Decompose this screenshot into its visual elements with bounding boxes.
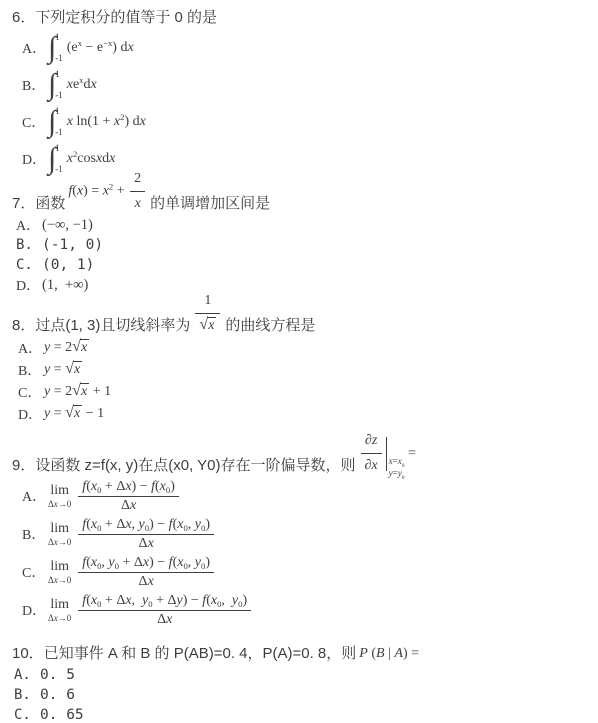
option-formula: y = 2√x bbox=[44, 339, 89, 356]
question-6: 6．下列定积分的值等于 0 的是 A．∫1-1(ex − e−x) dx B．∫… bbox=[12, 7, 594, 177]
question-text: 的曲线方程是 bbox=[225, 315, 315, 337]
math-token: x bbox=[73, 361, 82, 378]
math-token: , bbox=[188, 555, 195, 570]
math-token: lim bbox=[50, 560, 69, 574]
math-token: →0 bbox=[58, 613, 72, 623]
limit-subscript: Δx→0 bbox=[48, 614, 71, 623]
math-token: f(x0 + Δx, y0) − f(x0, y0) bbox=[78, 517, 214, 534]
integral-bounds: 1-1 bbox=[55, 33, 63, 63]
math-token: + Δ bbox=[101, 593, 125, 608]
option-formula: y = 2√x + 1 bbox=[44, 383, 111, 400]
question-10-option-b: B.0. 6 bbox=[14, 685, 594, 705]
limit: limΔx→0 bbox=[48, 598, 71, 623]
math-token: d bbox=[84, 77, 91, 92]
math-token: P bbox=[359, 646, 368, 661]
fraction: 2x bbox=[130, 168, 145, 215]
math-token: f(x0 + Δx, y0 + Δy) − f(x0, y0) bbox=[78, 593, 251, 610]
option-label: D． bbox=[22, 149, 48, 169]
math-token: x bbox=[80, 383, 89, 400]
evaluation-conditions: x=x0y=y0 bbox=[389, 455, 405, 479]
option-label: D． bbox=[18, 404, 44, 424]
math-token: 0 bbox=[402, 475, 405, 481]
option-label: B． bbox=[18, 360, 44, 380]
math-token: √x bbox=[195, 313, 220, 337]
math-token: + Δ bbox=[153, 593, 177, 608]
stem-formula: f(x) = x2 + 2x bbox=[68, 168, 147, 215]
math-token: + Δ bbox=[101, 517, 125, 532]
math-token: lim bbox=[50, 484, 69, 498]
math-token: ) = bbox=[83, 184, 103, 199]
math-token: x bbox=[371, 458, 377, 473]
option-text: 0. 65 bbox=[40, 707, 84, 723]
math-token: = 2 bbox=[50, 384, 72, 399]
question-7-option-d: D．(1, +∞) bbox=[16, 275, 594, 295]
question-text: 设函数 z=f(x, y)在点(x0, Y0)存在一阶偏导数，则 bbox=[35, 455, 355, 477]
option-label: C． bbox=[22, 112, 48, 132]
option-formula: ∫1-1(ex − e−x) dx bbox=[48, 33, 134, 63]
option-label: A． bbox=[18, 338, 44, 358]
math-token: + Δ bbox=[119, 555, 143, 570]
math-token: (e bbox=[67, 40, 78, 55]
math-token: →0 bbox=[58, 499, 72, 509]
exam-page: 6．下列定积分的值等于 0 的是 A．∫1-1(ex − e−x) dx B．∫… bbox=[0, 0, 598, 723]
math-token: | bbox=[385, 646, 395, 661]
math-token: ) bbox=[242, 593, 247, 608]
math-token: 2 bbox=[134, 171, 141, 186]
option-label: B． bbox=[22, 524, 48, 544]
math-token: →0 bbox=[58, 575, 72, 585]
math-token: x bbox=[127, 40, 133, 55]
option-label: A． bbox=[22, 38, 48, 58]
math-token: lim bbox=[50, 522, 69, 536]
option-label: B. bbox=[14, 687, 40, 703]
math-token: ∂z bbox=[361, 430, 382, 453]
limit-subscript: Δx→0 bbox=[48, 576, 71, 585]
math-token: ) − bbox=[183, 593, 203, 608]
math-token: Δx bbox=[78, 496, 179, 514]
question-text: 函数 bbox=[35, 193, 65, 215]
math-token: 2 bbox=[130, 168, 145, 191]
math-token: Δ bbox=[139, 536, 148, 551]
math-token: ln(1 + bbox=[73, 114, 114, 129]
option-formula: limΔx→0f(x0, y0 + Δx) − f(x0, y0)Δx bbox=[48, 555, 216, 590]
math-token: x bbox=[130, 191, 145, 215]
math-token: ) − bbox=[149, 517, 169, 532]
question-7-option-c: C.(0, 1) bbox=[16, 255, 594, 275]
option-formula: limΔx→0f(x0 + Δx, y0 + Δy) − f(x0, y0)Δx bbox=[48, 593, 253, 628]
math-token: x bbox=[135, 196, 141, 211]
question-text: 已知事件 A 和 B 的 P(AB)=0. 4，P(A)=0. 8，则 bbox=[44, 643, 357, 665]
option-label: D． bbox=[22, 600, 48, 620]
limit: limΔx→0 bbox=[48, 484, 71, 509]
math-token: ) bbox=[205, 555, 210, 570]
math-token: x bbox=[208, 318, 214, 333]
math-token: 1 bbox=[55, 144, 63, 153]
math-token: x bbox=[81, 340, 87, 355]
option-label: A． bbox=[22, 486, 48, 506]
math-token: = bbox=[50, 362, 65, 377]
option-label: C． bbox=[18, 382, 44, 402]
math-token: = bbox=[50, 406, 65, 421]
question-9-option-a: A．limΔx→0f(x0 + Δx) − f(x0)Δx bbox=[22, 477, 594, 515]
math-token: x bbox=[148, 536, 154, 551]
math-token: x=x0 bbox=[389, 455, 405, 467]
question-number: 7． bbox=[12, 193, 35, 215]
math-token: ) − bbox=[149, 555, 169, 570]
option-label: C. bbox=[14, 707, 40, 723]
limit-subscript: Δx→0 bbox=[48, 500, 71, 509]
question-number: 8． bbox=[12, 315, 35, 337]
integral-bounds: 1-1 bbox=[55, 107, 63, 137]
math-token: − e bbox=[82, 40, 103, 55]
question-text: 的单调增加区间是 bbox=[150, 193, 270, 215]
math-token: -1 bbox=[55, 91, 63, 100]
question-9-option-d: D．limΔx→0f(x0 + Δx, y0 + Δy) − f(x0, y0)… bbox=[22, 591, 594, 629]
question-9-option-c: C．limΔx→0f(x0, y0 + Δx) − f(x0, y0)Δx bbox=[22, 553, 594, 591]
math-token: lim bbox=[50, 598, 69, 612]
stem-formula: 1√x bbox=[193, 290, 222, 337]
math-token: −x bbox=[103, 38, 112, 48]
question-number: 10． bbox=[12, 643, 44, 665]
question-6-option-c: C．∫1-1x ln(1 + x2) dx bbox=[22, 103, 594, 140]
fraction: f(x0, y0 + Δx) − f(x0, y0)Δx bbox=[78, 555, 214, 590]
fraction: ∂z∂x bbox=[361, 430, 382, 477]
math-token: , bbox=[221, 593, 232, 608]
option-label: A． bbox=[16, 215, 42, 235]
math-token: = 2 bbox=[50, 340, 72, 355]
math-token: x bbox=[81, 384, 87, 399]
option-label: C． bbox=[22, 562, 48, 582]
square-root: √x bbox=[199, 317, 216, 334]
math-token: , bbox=[188, 517, 195, 532]
square-root: √x bbox=[72, 383, 89, 400]
limit-subscript: Δx→0 bbox=[48, 538, 71, 547]
math-token: , bbox=[132, 517, 139, 532]
fraction: f(x0 + Δx, y0 + Δy) − f(x0, y0)Δx bbox=[78, 593, 251, 628]
question-8-stem: 8．过点(1, 3)且切线斜率为1√x的曲线方程是 bbox=[12, 297, 594, 337]
math-token: 1 bbox=[55, 107, 63, 116]
option-label: C. bbox=[16, 257, 42, 273]
option-label: B. bbox=[16, 237, 42, 253]
math-token: Δ bbox=[139, 574, 148, 589]
math-token: -1 bbox=[55, 165, 63, 174]
math-token: + Δ bbox=[101, 479, 125, 494]
math-token: x bbox=[166, 612, 172, 627]
math-token: − 1 bbox=[82, 406, 104, 421]
question-9-option-b: B．limΔx→0f(x0 + Δx, y0) − f(x0, y0)Δx bbox=[22, 515, 594, 553]
question-8-option-b: B．y = √x bbox=[18, 359, 594, 381]
math-token: ( bbox=[368, 646, 376, 661]
math-token: 1 bbox=[55, 33, 63, 42]
option-label: D． bbox=[16, 275, 42, 295]
question-9: 9．设函数 z=f(x, y)在点(x0, Y0)存在一阶偏导数，则∂z∂xx=… bbox=[12, 431, 594, 629]
option-text: (0, 1) bbox=[42, 257, 94, 273]
math-token: + bbox=[113, 184, 128, 199]
question-number: 6． bbox=[12, 9, 35, 26]
math-token: x bbox=[91, 77, 97, 92]
math-token: ∂x bbox=[361, 453, 382, 477]
question-9-stem: 9．设函数 z=f(x, y)在点(x0, Y0)存在一阶偏导数，则∂z∂xx=… bbox=[12, 431, 594, 477]
question-7-option-b: B.(-1, 0) bbox=[16, 235, 594, 255]
integral: ∫1-1 bbox=[48, 33, 63, 63]
stem-formula: P (B | A) = bbox=[359, 643, 419, 665]
evaluation-bar bbox=[386, 437, 387, 471]
option-formula: ∫1-1xexdx bbox=[48, 70, 97, 100]
math-token: x bbox=[74, 406, 80, 421]
question-8-option-d: D．y = √x − 1 bbox=[18, 403, 594, 425]
option-text: (1, +∞) bbox=[42, 277, 88, 294]
option-formula: y = √x bbox=[44, 361, 82, 378]
option-label: A. bbox=[14, 667, 40, 683]
math-token: ∂ bbox=[365, 433, 372, 448]
math-token: Δ bbox=[121, 498, 130, 513]
option-text: (−∞, −1) bbox=[42, 217, 93, 234]
math-token: x bbox=[74, 362, 80, 377]
math-token: x bbox=[73, 405, 82, 422]
option-formula: y = √x − 1 bbox=[44, 405, 104, 422]
math-token: A bbox=[394, 646, 403, 661]
limit: limΔx→0 bbox=[48, 560, 71, 585]
question-text: 下列定积分的值等于 0 的是 bbox=[35, 9, 217, 26]
question-7-stem: 7．函数f(x) = x2 + 2x的单调增加区间是 bbox=[12, 179, 594, 215]
math-token: ) d bbox=[112, 40, 127, 55]
math-token: 1 bbox=[55, 70, 63, 79]
option-text: 0. 6 bbox=[40, 687, 75, 703]
question-10-option-c: C.0. 65 bbox=[14, 705, 594, 723]
square-root: √x bbox=[72, 339, 89, 356]
math-token: ) d bbox=[124, 114, 139, 129]
math-token: = bbox=[405, 443, 416, 465]
math-token: ) = bbox=[403, 646, 419, 661]
math-token: f(x0, y0 + Δx) − f(x0, y0) bbox=[78, 555, 214, 572]
math-token: cos bbox=[77, 151, 96, 166]
math-token: x bbox=[130, 498, 136, 513]
math-token: Δx bbox=[78, 610, 251, 628]
option-label: B． bbox=[22, 75, 48, 95]
question-10-option-a: A.0. 5 bbox=[14, 665, 594, 685]
option-formula: ∫1-1x ln(1 + x2) dx bbox=[48, 107, 146, 137]
math-token: →0 bbox=[58, 537, 72, 547]
math-token: f(x0 + Δx) − f(x0) bbox=[78, 479, 179, 496]
integral: ∫1-1 bbox=[48, 70, 63, 100]
integral: ∫1-1 bbox=[48, 144, 63, 174]
question-7-option-a: A．(−∞, −1) bbox=[16, 215, 594, 235]
math-token: B bbox=[376, 646, 385, 661]
question-8: 8．过点(1, 3)且切线斜率为1√x的曲线方程是 A．y = 2√x B．y … bbox=[12, 297, 594, 425]
math-token: y=y0 bbox=[389, 467, 405, 479]
option-formula: limΔx→0f(x0 + Δx, y0) − f(x0, y0)Δx bbox=[48, 517, 216, 552]
math-token: x bbox=[109, 151, 115, 166]
question-6-option-b: B．∫1-1xexdx bbox=[22, 66, 594, 103]
question-8-option-c: C．y = 2√x + 1 bbox=[18, 381, 594, 403]
math-token: 1 bbox=[195, 290, 220, 313]
question-10: 10．已知事件 A 和 B 的 P(AB)=0. 4，P(A)=0. 8，则P … bbox=[12, 643, 594, 723]
math-token: Δx bbox=[78, 572, 214, 590]
math-token: -1 bbox=[55, 128, 63, 137]
math-token: + 1 bbox=[89, 384, 111, 399]
integral-bounds: 1-1 bbox=[55, 144, 63, 174]
math-token: 1 bbox=[204, 293, 211, 308]
math-token: Δ bbox=[157, 612, 166, 627]
math-token: x bbox=[207, 317, 216, 334]
integral-bounds: 1-1 bbox=[55, 70, 63, 100]
option-text: (-1, 0) bbox=[42, 237, 103, 253]
math-token: ) − bbox=[132, 479, 152, 494]
option-text: 0. 5 bbox=[40, 667, 75, 683]
math-token: x bbox=[80, 339, 89, 356]
math-token: , bbox=[132, 593, 143, 608]
math-token: z bbox=[372, 433, 377, 448]
question-6-stem: 6．下列定积分的值等于 0 的是 bbox=[12, 7, 594, 29]
question-text: 过点(1, 3)且切线斜率为 bbox=[35, 315, 190, 337]
question-6-option-a: A．∫1-1(ex − e−x) dx bbox=[22, 29, 594, 66]
option-formula: limΔx→0f(x0 + Δx) − f(x0)Δx bbox=[48, 479, 181, 514]
math-token: x bbox=[148, 574, 154, 589]
math-token: Δx bbox=[78, 534, 214, 552]
question-number: 9． bbox=[12, 455, 35, 477]
fraction: f(x0 + Δx, y0) − f(x0, y0)Δx bbox=[78, 517, 214, 552]
math-token: -1 bbox=[55, 54, 63, 63]
square-root: √x bbox=[65, 361, 82, 378]
stem-formula: ∂z∂xx=x0y=y0 = bbox=[359, 430, 416, 477]
math-token: ) bbox=[170, 479, 175, 494]
fraction: 1√x bbox=[195, 290, 220, 337]
fraction: f(x0 + Δx) − f(x0)Δx bbox=[78, 479, 179, 514]
question-7: 7．函数f(x) = x2 + 2x的单调增加区间是 A．(−∞, −1) B.… bbox=[12, 179, 594, 295]
math-token: x bbox=[140, 114, 146, 129]
math-token: ) bbox=[205, 517, 210, 532]
limit: limΔx→0 bbox=[48, 522, 71, 547]
square-root: √x bbox=[65, 405, 82, 422]
question-8-option-a: A．y = 2√x bbox=[18, 337, 594, 359]
question-10-stem: 10．已知事件 A 和 B 的 P(AB)=0. 4，P(A)=0. 8，则P … bbox=[12, 643, 594, 665]
integral: ∫1-1 bbox=[48, 107, 63, 137]
